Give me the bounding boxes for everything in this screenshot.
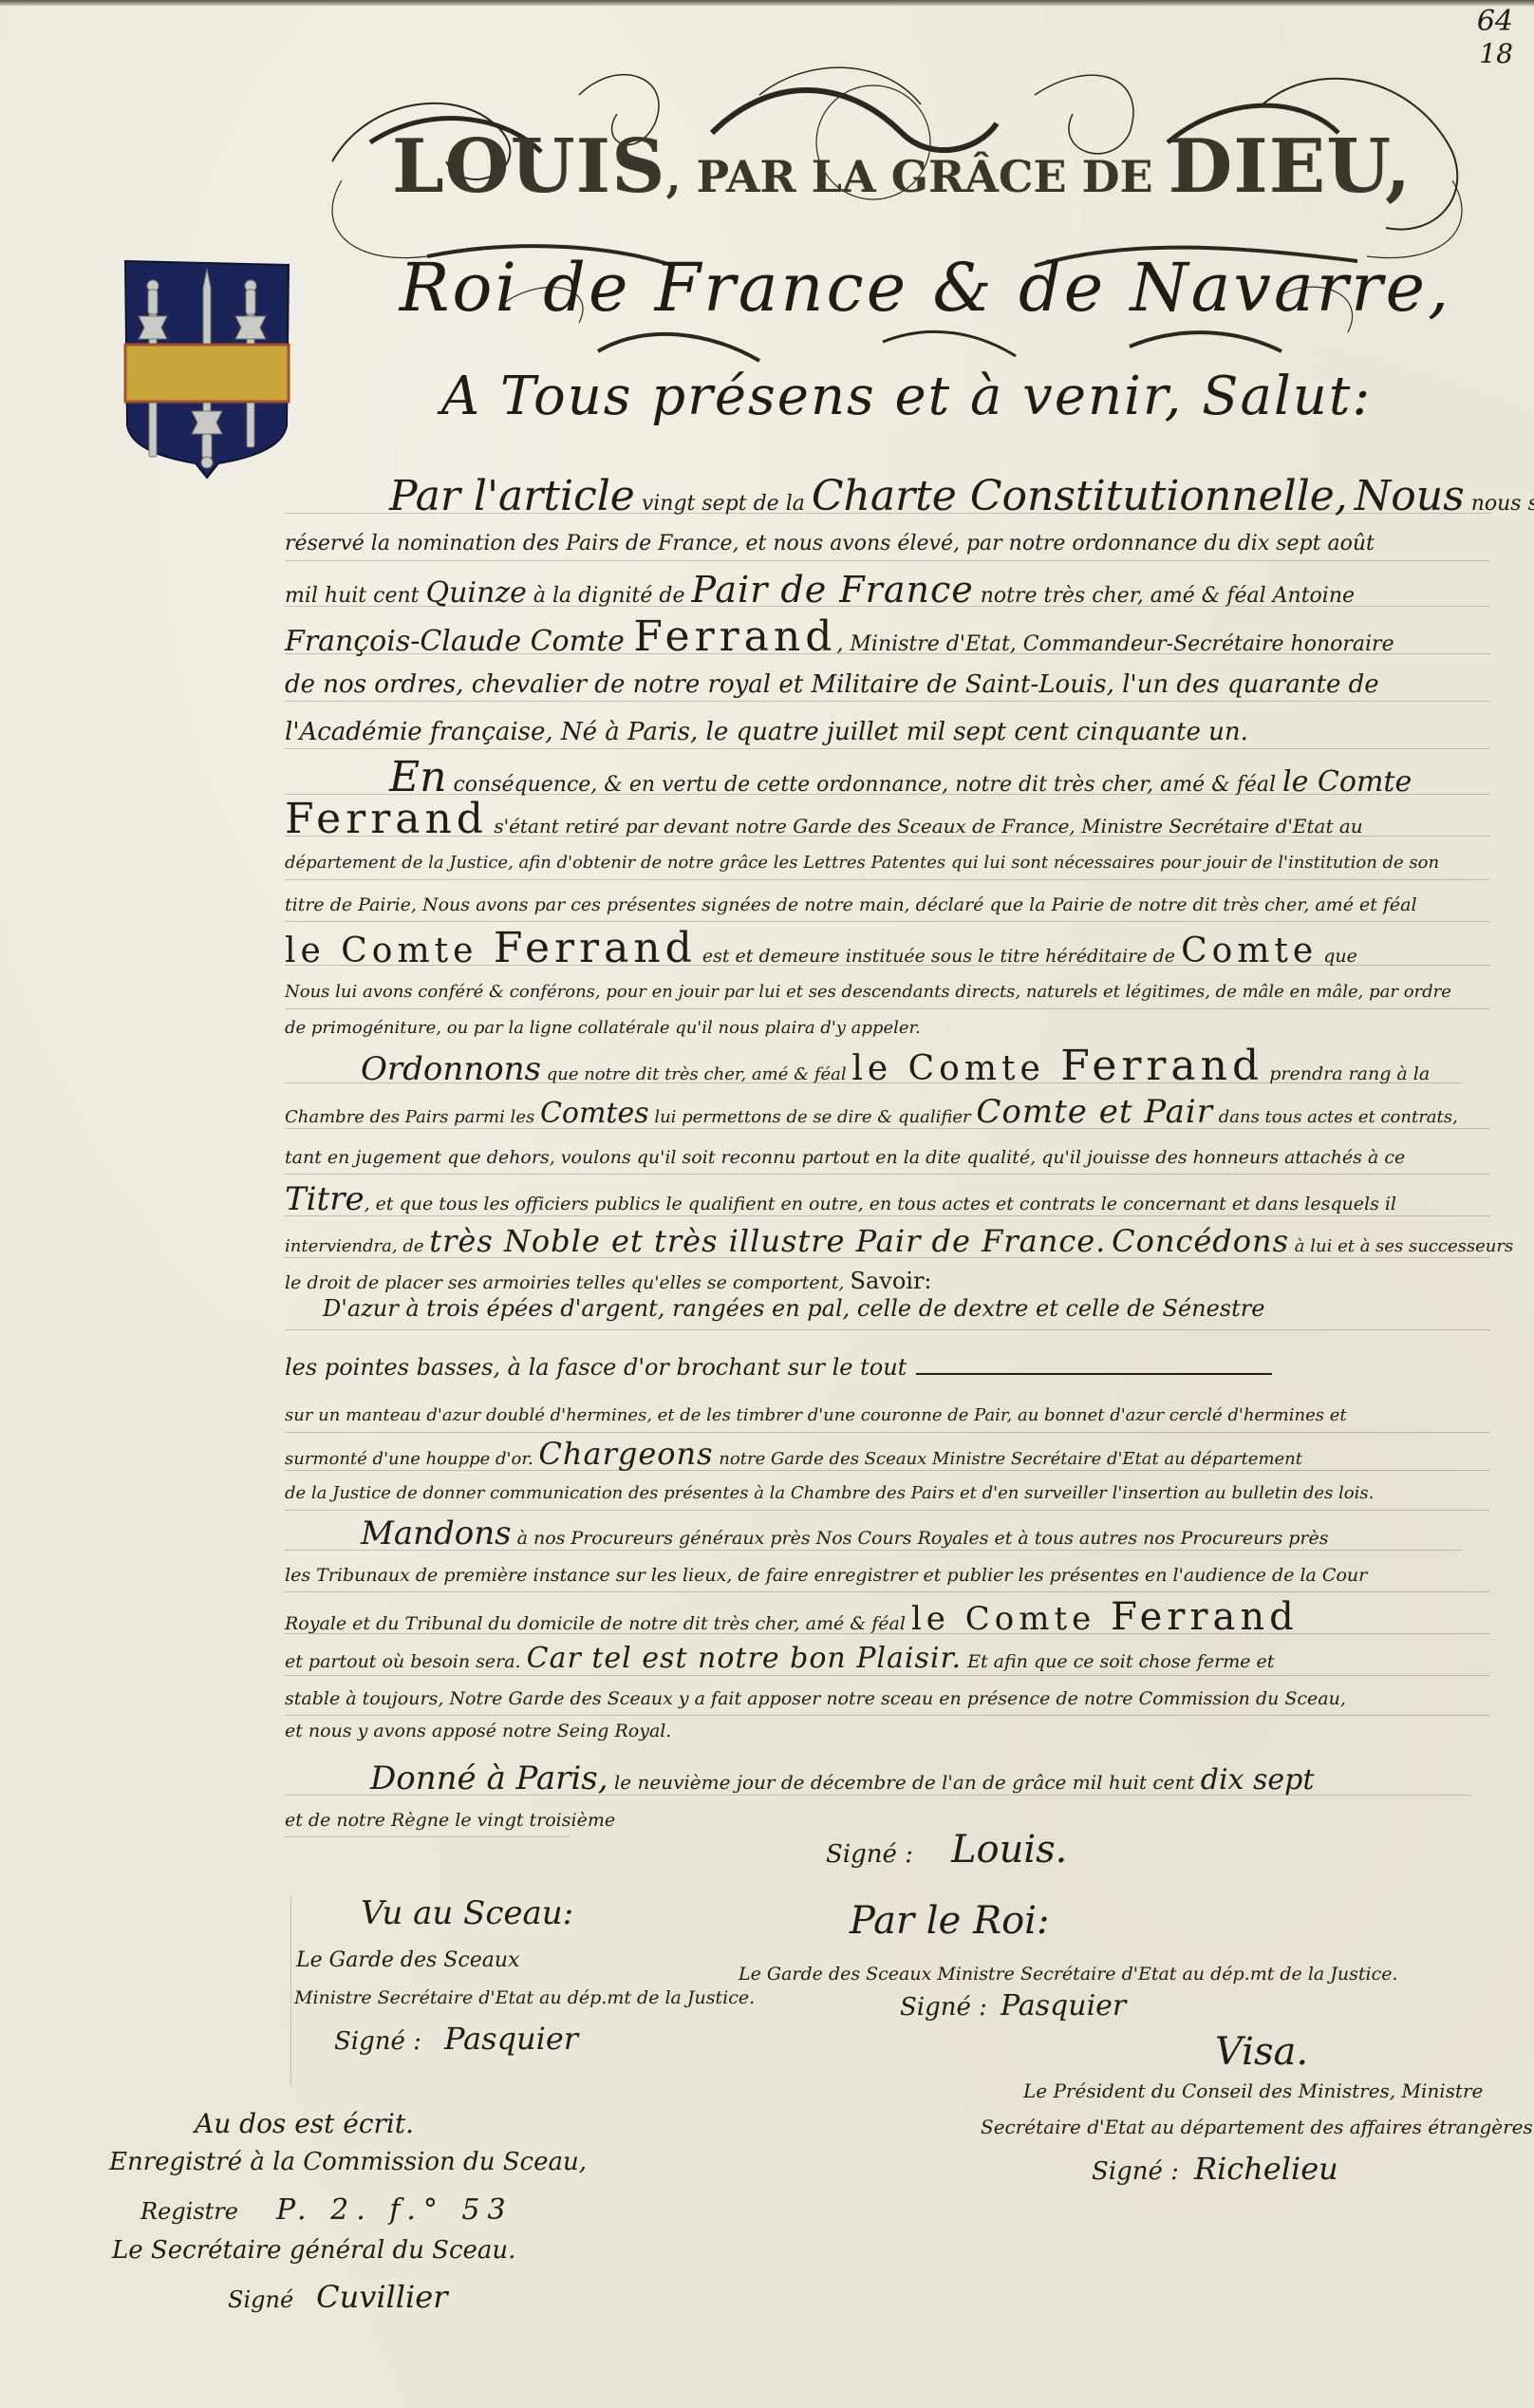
au-dos-signature: SignéCuvillier	[228, 2279, 447, 2315]
blazon-end-line	[916, 1373, 1272, 1375]
visa-line2: Secrétaire d'Etat au département des aff…	[981, 2116, 1534, 2138]
signe-label: Signé :	[900, 1993, 987, 2022]
text-segment: que	[1318, 946, 1357, 967]
text-segment: les pointes basses, à la fasce d'or broc…	[285, 1354, 907, 1381]
signe-label: Signé :	[1092, 2157, 1179, 2186]
body-line: Chambre des Pairs parmi les Comtes lui p…	[285, 1090, 1490, 1129]
body-line: les Tribunaux de première instance sur l…	[285, 1553, 1490, 1592]
vu-au-sceau-line2: Ministre Secrétaire d'Etat au dép.mt de …	[294, 1987, 755, 2008]
calligraphic-flourish-icon	[313, 38, 1481, 418]
par-le-roi-signature: Signé :Pasquier	[900, 1989, 1126, 2022]
text-donne-a-paris: Donné à Paris,	[370, 1759, 608, 1797]
text-segment: est et demeure instituée sous le titre h…	[697, 946, 1181, 967]
body-line: sur un manteau d'azur doublé d'hermines,…	[285, 1394, 1490, 1433]
text-segment: et de notre Règne le	[285, 1810, 477, 1831]
heading-name: LOUIS	[392, 123, 666, 210]
visa-title: Visa.	[1215, 2030, 1308, 2074]
text-segment: prendra rang à la	[1263, 1063, 1430, 1084]
body-line: et nous y avons apposé notre Seing Royal…	[285, 1709, 1490, 1747]
body-line: de nos ordres, chevalier de notre royal …	[285, 663, 1490, 702]
text-vingt-troisieme: vingt troisième	[477, 1810, 615, 1831]
text-ferrand: Ferrand	[285, 795, 488, 843]
par-le-roi-title: Par le Roi:	[850, 1899, 1049, 1943]
text-mandons: Mandons	[361, 1514, 512, 1552]
text-ordonnons: Ordonnons	[361, 1050, 541, 1088]
coat-of-arms-icon	[123, 259, 290, 480]
text-chargeons: Chargeons	[538, 1436, 713, 1472]
au-dos-line3: Le Secrétaire général du Sceau.	[112, 2236, 515, 2265]
body-line: et partout où besoin sera. Car tel est n…	[285, 1637, 1490, 1676]
text-pair-de-france: Pair de France	[692, 569, 974, 611]
body-line: département de la Justice, afin d'obteni…	[285, 841, 1490, 880]
text-segment: notre très cher, amé & féal Antoine	[974, 584, 1355, 608]
blazon-line-1: D'azur à trois épées d'argent, rangées e…	[285, 1263, 1490, 1330]
blazon-line-2: les pointes basses, à la fasce d'or broc…	[285, 1329, 1490, 1386]
text-titre: Titre	[285, 1180, 365, 1218]
body-line: de primogéniture, ou par la ligne collat…	[285, 1006, 1490, 1044]
registre-label: Registre	[140, 2198, 238, 2225]
body-line: tant en jugement que dehors, voulons qu'…	[285, 1136, 1490, 1175]
body-line: mil huit cent Quinze à la dignité de Pai…	[285, 568, 1490, 607]
signatory-name: Cuvillier	[316, 2279, 447, 2315]
heading-dieu: DIEU,	[1169, 123, 1412, 210]
body-line: et de notre Règne le vingt troisième	[285, 1798, 570, 1837]
body-line: titre de Pairie, Nous avons par ces prés…	[285, 883, 1490, 922]
folio-sub: 18	[1477, 38, 1513, 70]
heading-louis: LOUIS, PAR LA GRÂCE DE DIEU,	[346, 123, 1457, 210]
text-comte: Comte	[1181, 931, 1318, 970]
text-comtes: Comtes	[540, 1097, 649, 1130]
king-name: Louis.	[951, 1828, 1067, 1872]
text-segment: à nos Procureurs généraux près Nos Cours…	[512, 1528, 1329, 1549]
text-segment: que notre dit très cher, amé & féal	[541, 1064, 851, 1084]
text-ferrand: Ferrand	[1111, 1595, 1299, 1639]
text-segment: surmonté d'une houppe d'or.	[285, 1449, 538, 1469]
body-line: Ferrand s'étant retiré par devant notre …	[285, 798, 1490, 837]
text-charte: Charte Constitutionnelle,	[812, 472, 1348, 520]
text-segment: , Ministre d'Etat, Commandeur-Secrétaire…	[836, 632, 1394, 656]
text-dix-sept: dix sept	[1201, 1763, 1315, 1797]
text-segment: dans tous actes et contrats,	[1213, 1107, 1458, 1127]
text-segment: Royale et du Tribunal du domicile de not…	[285, 1613, 911, 1634]
body-line: le Comte Ferrand est et demeure institué…	[285, 927, 1490, 966]
body-line: En conséquence, & en vertu de cette ordo…	[285, 756, 1490, 795]
body-line: Titre, et que tous les officiers publics…	[285, 1177, 1490, 1216]
folio-number: 64 18	[1477, 6, 1513, 70]
body-line: de la Justice de donner communication de…	[285, 1472, 1490, 1511]
vu-au-sceau-line1: Le Garde des Sceaux	[296, 1948, 519, 1972]
au-dos-line1: Enregistré à la Commission du Sceau,	[109, 2148, 587, 2176]
signe-label: Signé :	[826, 1840, 913, 1869]
text-segment: nous sommes	[1465, 492, 1534, 516]
text-segment: , et que tous les officiers publics le q…	[365, 1194, 1396, 1214]
page-top-edge	[0, 0, 1534, 6]
text-segment: mil huit cent	[285, 584, 425, 608]
body-line: Donné à Paris, le neuvième jour de décem…	[285, 1757, 1471, 1796]
body-line: l'Académie française, Né à Paris, le qua…	[285, 710, 1490, 749]
body-line: réservé la nomination des Pairs de Franc…	[285, 522, 1490, 561]
text-tres-noble: très Noble et très illustre Pair de Fran…	[429, 1223, 1106, 1259]
signe-label: Signé :	[334, 2027, 421, 2056]
par-le-roi-line1: Le Garde des Sceaux Ministre Secrétaire …	[739, 1964, 1398, 1985]
king-signature: Signé :Louis.	[826, 1828, 1067, 1872]
text-concedons: Concédons	[1112, 1223, 1289, 1259]
text-le-comte: le Comte	[1282, 765, 1412, 799]
visa-signature: Signé :Richelieu	[1092, 2151, 1338, 2187]
text-segment: vingt sept de la	[635, 492, 812, 516]
text-segment: interviendra, de	[285, 1236, 429, 1256]
text-bon-plaisir: Car tel est notre bon Plaisir.	[527, 1642, 962, 1675]
signatory-name: Richelieu	[1194, 2151, 1338, 2187]
body-line: surmonté d'une houppe d'or. Chargeons no…	[285, 1432, 1490, 1471]
margin-rule	[290, 1896, 291, 2086]
au-dos-title: Au dos est écrit.	[195, 2108, 414, 2139]
body-line: François-Claude Comte Ferrand, Ministre …	[285, 615, 1490, 654]
body-line: Mandons à nos Procureurs généraux près N…	[285, 1512, 1462, 1551]
heading-salut: A Tous présens et à venir, Salut:	[361, 366, 1452, 427]
text-nous: Nous	[1355, 472, 1465, 520]
au-dos-registre: RegistreP. 2. f.° 53	[140, 2193, 514, 2227]
text-quinze: Quinze	[425, 576, 526, 610]
vu-au-sceau-title: Vu au Sceau:	[361, 1894, 573, 1932]
text-par-larticle: Par l'article	[389, 472, 635, 520]
heading-roi: Roi de France & de Navarre,	[380, 249, 1471, 327]
text-segment: notre Garde des Sceaux Ministre Secrétai…	[714, 1449, 1302, 1469]
text-segment: s'étant retiré par devant notre Garde de…	[488, 815, 1363, 837]
text-francois-claude: François-Claude Comte	[285, 625, 633, 658]
text-segment: à la dignité de	[527, 584, 692, 608]
signatory-name: Pasquier	[444, 2021, 578, 2057]
body-line: Ordonnons que notre dit très cher, amé &…	[285, 1044, 1462, 1083]
body-line: interviendra, de très Noble et très illu…	[285, 1219, 1490, 1258]
body-line: Par l'article vingt sept de la Charte Co…	[285, 475, 1490, 514]
body-line: Royale et du Tribunal du domicile de not…	[285, 1595, 1490, 1634]
text-segment: Et afin que ce soit chose ferme et	[962, 1651, 1274, 1672]
signatory-name: Pasquier	[1001, 1989, 1126, 2022]
signe-label: Signé	[228, 2286, 293, 2313]
text-segment: le neuvième jour de décembre de l'an de …	[608, 1771, 1201, 1794]
folio-main: 64	[1477, 5, 1513, 38]
body-line: Nous lui avons conféré & conférons, pour…	[285, 970, 1490, 1009]
text-ferrand: Ferrand	[1060, 1042, 1263, 1090]
text-segment: conséquence, & en vertu de cette ordonna…	[446, 773, 1282, 797]
heading-middle: , PAR LA GRÂCE DE	[665, 151, 1168, 202]
text-le-comte: le Comte	[911, 1600, 1111, 1638]
text-le-comte: le Comte	[851, 1049, 1060, 1088]
text-segment	[1348, 492, 1355, 516]
text-comte-et-pair: Comte et Pair	[976, 1093, 1213, 1131]
text-ferrand: Ferrand	[633, 612, 836, 661]
text-le-comte: le Comte	[285, 931, 494, 970]
text-ferrand: Ferrand	[494, 924, 697, 972]
visa-line1: Le Président du Conseil des Ministres, M…	[1023, 2079, 1483, 2102]
text-segment: à lui et à ses successeurs	[1289, 1236, 1513, 1256]
text-segment: Chambre des Pairs parmi les	[285, 1107, 540, 1127]
text-segment: et partout où besoin sera.	[285, 1651, 527, 1672]
vu-au-sceau-signature: Signé :Pasquier	[334, 2021, 578, 2057]
text-segment: lui permettons de se dire & qualifier	[649, 1107, 977, 1127]
registre-ref: P. 2. f.° 53	[276, 2193, 514, 2227]
